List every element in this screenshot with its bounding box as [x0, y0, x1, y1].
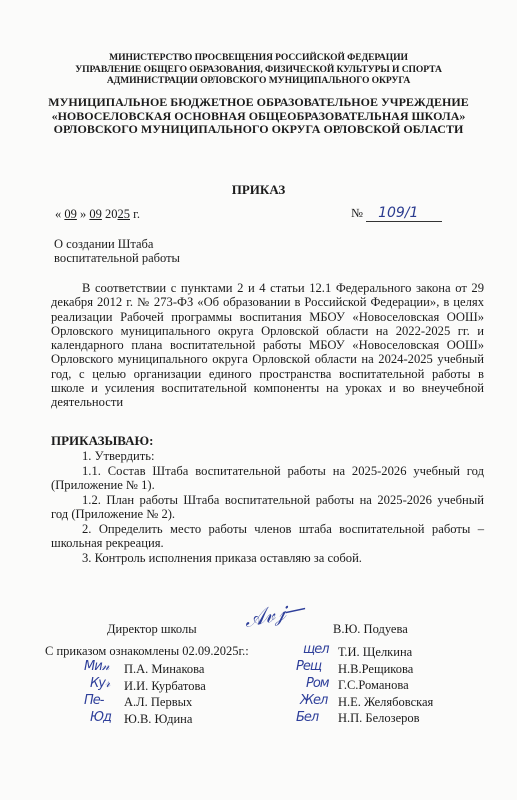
date-quote: «	[55, 207, 64, 221]
signature-icon: Жел	[300, 693, 327, 708]
date-year-suffix: 25	[118, 207, 131, 221]
signature-icon: Бел	[296, 710, 318, 725]
order-item: 2. Определить место работы членов штаба …	[51, 522, 484, 551]
order-number: № 109/1	[351, 205, 442, 222]
ministry-header-line: АДМИНИСТРАЦИИ ОРЛОВСКОГО МУНИЦИПАЛЬНОГО …	[0, 75, 517, 87]
acknowledged-name: Г.С.Романова	[338, 677, 433, 694]
ministry-header-line: УПРАВЛЕНИЕ ОБЩЕГО ОБРАЗОВАНИЯ, ФИЗИЧЕСКО…	[0, 64, 517, 76]
acknowledgement-label: С приказом ознакомлены 02.09.2025г.:	[45, 644, 249, 659]
subject-line: О создании Штаба	[54, 237, 180, 251]
director-name: В.Ю. Подуева	[333, 622, 408, 637]
school-header-line: «НОВОСЕЛОВСКАЯ ОСНОВНАЯ ОБЩЕОБРАЗОВАТЕЛЬ…	[0, 110, 517, 124]
order-number-label: №	[351, 206, 366, 220]
order-item: 1. Утвердить:	[51, 449, 484, 464]
date-quote: »	[77, 207, 90, 221]
ministry-header: МИНИСТЕРСТВО ПРОСВЕЩЕНИЯ РОССИЙСКОЙ ФЕДЕ…	[0, 52, 517, 87]
acknowledged-name: Ю.В. Юдина	[124, 711, 206, 728]
signature-icon: Рещ	[296, 659, 321, 674]
signature-icon: щел	[303, 642, 329, 657]
director-role: Директор школы	[107, 622, 197, 637]
preamble-paragraph: В соответствии с пунктами 2 и 4 статьи 1…	[51, 281, 484, 410]
date-suffix: г.	[130, 207, 140, 221]
document-title: ПРИКАЗ	[0, 182, 517, 198]
school-header-line: ОРЛОВСКОГО МУНИЦИПАЛЬНОГО ОКРУГА ОРЛОВСК…	[0, 123, 517, 137]
order-items: 1. Утвердить: 1.1. Состав Штаба воспитат…	[51, 449, 484, 565]
document-page: МИНИСТЕРСТВО ПРОСВЕЩЕНИЯ РОССИЙСКОЙ ФЕДЕ…	[0, 0, 517, 800]
order-number-value: 109/1	[366, 205, 442, 222]
signature-icon: Ром	[306, 676, 329, 691]
acknowledged-name: Н.Е. Желябовская	[338, 694, 433, 711]
order-item: 1.2. План работы Штаба воспитательной ра…	[51, 493, 484, 522]
acknowledged-name: И.И. Курбатова	[124, 678, 206, 695]
date-year-prefix: 20	[102, 207, 118, 221]
signature-icon: Ми𝓃	[84, 659, 109, 674]
order-item: 3. Контроль исполнения приказа оставляю …	[51, 551, 484, 566]
order-date: « 09 » 09 2025 г.	[55, 207, 140, 222]
ministry-header-line: МИНИСТЕРСТВО ПРОСВЕЩЕНИЯ РОССИЙСКОЙ ФЕДЕ…	[0, 52, 517, 64]
order-directive-heading: ПРИКАЗЫВАЮ:	[51, 433, 154, 449]
acknowledged-name: Т.И. Щелкина	[338, 644, 433, 661]
school-header-line: МУНИЦИПАЛЬНОЕ БЮДЖЕТНОЕ ОБРАЗОВАТЕЛЬНОЕ …	[0, 96, 517, 110]
acknowledged-name: А.Л. Первых	[124, 694, 206, 711]
acknowledged-list-right: Т.И. Щелкина Н.В.Рещикова Г.С.Романова Н…	[338, 644, 433, 727]
date-day: 09	[64, 207, 77, 221]
acknowledged-list-left: П.А. Минакова И.И. Курбатова А.Л. Первых…	[124, 661, 206, 728]
date-month: 09	[89, 207, 102, 221]
order-item: 1.1. Состав Штаба воспитательной работы …	[51, 464, 484, 493]
acknowledged-name: Н.В.Рещикова	[338, 661, 433, 678]
order-subject: О создании Штаба воспитательной работы	[54, 237, 180, 265]
acknowledged-name: П.А. Минакова	[124, 661, 206, 678]
subject-line: воспитательной работы	[54, 251, 180, 265]
signature-icon: Ку𝓇	[90, 676, 109, 691]
acknowledged-name: Н.П. Белозеров	[338, 710, 433, 727]
signature-icon: Юд	[90, 710, 111, 725]
signature-icon: Пе-	[84, 693, 103, 708]
school-header: МУНИЦИПАЛЬНОЕ БЮДЖЕТНОЕ ОБРАЗОВАТЕЛЬНОЕ …	[0, 96, 517, 137]
